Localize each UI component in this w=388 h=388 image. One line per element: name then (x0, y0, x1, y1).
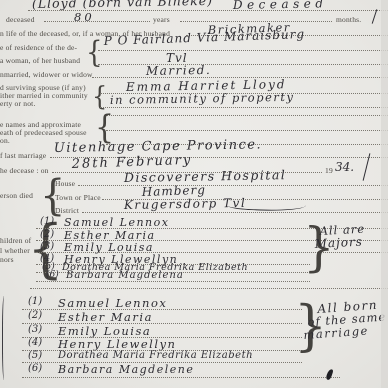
dotted-rule (106, 130, 388, 131)
scanned-form-page: (Lloyd (born van Bineke) Deceased deceas… (0, 0, 388, 388)
predeceased-label-line3: on. (0, 136, 10, 145)
predeceased-label-line2: eath of predeceased spouse (0, 128, 87, 137)
dotted-rule (78, 185, 388, 186)
child6-number: (6) (46, 270, 59, 280)
dotted-rule (98, 50, 388, 51)
dotted-rule (30, 288, 388, 289)
marriage-place-label: f last marriage (0, 151, 46, 160)
marital-value: Married. (146, 63, 212, 78)
child2-name: Esther Maria (58, 310, 153, 324)
died-block-label: erson died (0, 191, 33, 200)
children-label-line3: nors (0, 255, 14, 264)
child6-name: Barbara Magdelene (58, 363, 194, 376)
brace-left-icon: { (92, 83, 107, 109)
marital-label: nmarried, widower or widow (0, 70, 93, 79)
child5-name: Dorathea Maria Fredrika Elizabeth (58, 350, 253, 361)
child6-number: (6) (28, 363, 42, 374)
spouse-label-line3: erty or not. (0, 99, 36, 108)
scan-edge (381, 0, 388, 388)
child1-name: Samuel Lennox (58, 296, 167, 310)
death-year-prefix: 19 (325, 166, 333, 175)
ink-tick (372, 9, 378, 24)
residence-label-line1: e of residence of the de- (0, 43, 77, 52)
age-years-label: years (153, 15, 170, 24)
child6-name: Barbara Magdelena (66, 270, 184, 281)
dotted-rule (100, 107, 388, 108)
death-year-value: 34. (335, 160, 354, 174)
child2-number: (2) (40, 229, 54, 240)
ink-blot (325, 368, 333, 380)
died-house-label: House (55, 179, 75, 188)
dotted-rule (36, 281, 310, 282)
child4-name: Henry Llewellyn (58, 337, 176, 351)
age-value: 80 (74, 10, 95, 24)
died-town-label: Town or Place (55, 193, 101, 202)
age-label: deceased (6, 15, 35, 24)
child1-number: (1) (40, 216, 54, 227)
children-label-line1: hildren of (0, 236, 31, 245)
child4-number: (4) (28, 337, 42, 348)
child3-number: (3) (40, 241, 54, 252)
children1-annotation-line2: Majors (314, 234, 363, 251)
dotted-rule (44, 21, 150, 22)
brace-left-icon (2, 296, 7, 380)
child1-number: (1) (28, 296, 42, 307)
children-label-line2: l whether (0, 246, 30, 255)
spouse-marriage-type-value: in community of property (110, 90, 295, 107)
dotted-rule (82, 212, 388, 213)
child5-number: (5) (28, 350, 42, 361)
dotted-rule (106, 115, 388, 116)
pen-flourish (228, 198, 306, 213)
residence-label-line2: a woman, of her husband (0, 56, 80, 65)
dotted-rule (98, 64, 388, 65)
dotted-rule (22, 377, 340, 378)
child3-name: Emily Louisa (58, 324, 151, 338)
child3-number: (3) (28, 324, 42, 335)
age-months-label: months. (336, 15, 361, 24)
child2-number: (2) (28, 310, 42, 321)
